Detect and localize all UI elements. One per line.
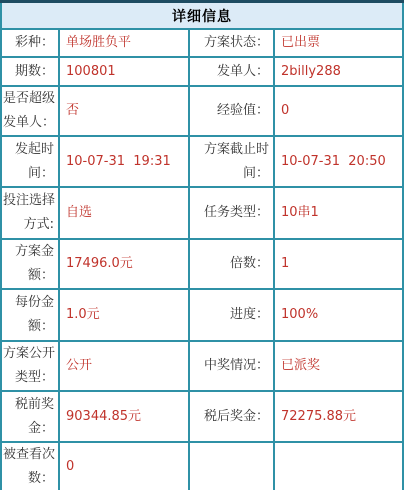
- plan-status-value: 已出票: [274, 29, 403, 57]
- progress-value: 100%: [274, 289, 403, 341]
- table-row: 彩种： 单场胜负平 方案状态： 已出票: [1, 29, 403, 57]
- table-row: 期数： 100801 发单人： 2billy288: [1, 57, 403, 86]
- lottery-type-value: 单场胜负平: [59, 29, 189, 57]
- task-type-value: 10串1: [274, 187, 403, 239]
- bet-selection-method-value: 自选: [59, 187, 189, 239]
- winning-status-value: 已派奖: [274, 341, 403, 391]
- experience-points-label: 经验值：: [189, 86, 274, 136]
- plan-public-type-label: 方案公开 类型：: [1, 341, 59, 391]
- progress-label: 进度：: [189, 289, 274, 341]
- lottery-type-label: 彩种：: [1, 29, 59, 57]
- table-row: 方案公开 类型： 公开 中奖情况： 已派奖: [1, 341, 403, 391]
- per-share-amount-label: 每份金 额：: [1, 289, 59, 341]
- multiplier-value: 1: [274, 239, 403, 289]
- detail-table: 详细信息 彩种： 单场胜负平 方案状态： 已出票 期数： 100801 发单人：…: [0, 0, 404, 490]
- plan-public-type-value: 公开: [59, 341, 189, 391]
- view-count-label: 被查看次 数：: [1, 442, 59, 490]
- table-row: 发起时 间： 10-07-31 19:31 方案截止时 间： 10-07-31 …: [1, 136, 403, 187]
- table-row: 是否超级 发单人： 否 经验值： 0: [1, 86, 403, 136]
- table-row: 方案金 额： 17496.0元 倍数： 1: [1, 239, 403, 289]
- super-issuer-value: 否: [59, 86, 189, 136]
- table-row: 每份金 额： 1.0元 进度： 100%: [1, 289, 403, 341]
- aftertax-prize-value: 72275.88元: [274, 391, 403, 442]
- start-time-label: 发起时 间：: [1, 136, 59, 187]
- multiplier-label: 倍数：: [189, 239, 274, 289]
- page: 详细信息 彩种： 单场胜负平 方案状态： 已出票 期数： 100801 发单人：…: [0, 0, 406, 490]
- table-row: 税前奖 金： 90344.85元 税后奖金： 72275.88元: [1, 391, 403, 442]
- empty-label-cell: [189, 442, 274, 490]
- period-number-label: 期数：: [1, 57, 59, 86]
- table-row: 被查看次 数： 0: [1, 442, 403, 490]
- task-type-label: 任务类型：: [189, 187, 274, 239]
- per-share-amount-value: 1.0元: [59, 289, 189, 341]
- bet-selection-method-label: 投注选择 方式:: [1, 187, 59, 239]
- winning-status-label: 中奖情况：: [189, 341, 274, 391]
- table-row: 投注选择 方式: 自选 任务类型： 10串1: [1, 187, 403, 239]
- experience-points-value: 0: [274, 86, 403, 136]
- page-title: 详细信息: [1, 2, 403, 30]
- aftertax-prize-label: 税后奖金：: [189, 391, 274, 442]
- super-issuer-label: 是否超级 发单人：: [1, 86, 59, 136]
- pretax-prize-label: 税前奖 金：: [1, 391, 59, 442]
- pretax-prize-value: 90344.85元: [59, 391, 189, 442]
- view-count-value: 0: [59, 442, 189, 490]
- start-time-value: 10-07-31 19:31: [59, 136, 189, 187]
- plan-amount-label: 方案金 额：: [1, 239, 59, 289]
- empty-value-cell: [274, 442, 403, 490]
- plan-amount-value: 17496.0元: [59, 239, 189, 289]
- deadline-time-value: 10-07-31 20:50: [274, 136, 403, 187]
- header-row: 详细信息: [1, 2, 403, 30]
- period-number-value: 100801: [59, 57, 189, 86]
- issuer-value: 2billy288: [274, 57, 403, 86]
- deadline-time-label: 方案截止时 间：: [189, 136, 274, 187]
- plan-status-label: 方案状态：: [189, 29, 274, 57]
- issuer-label: 发单人：: [189, 57, 274, 86]
